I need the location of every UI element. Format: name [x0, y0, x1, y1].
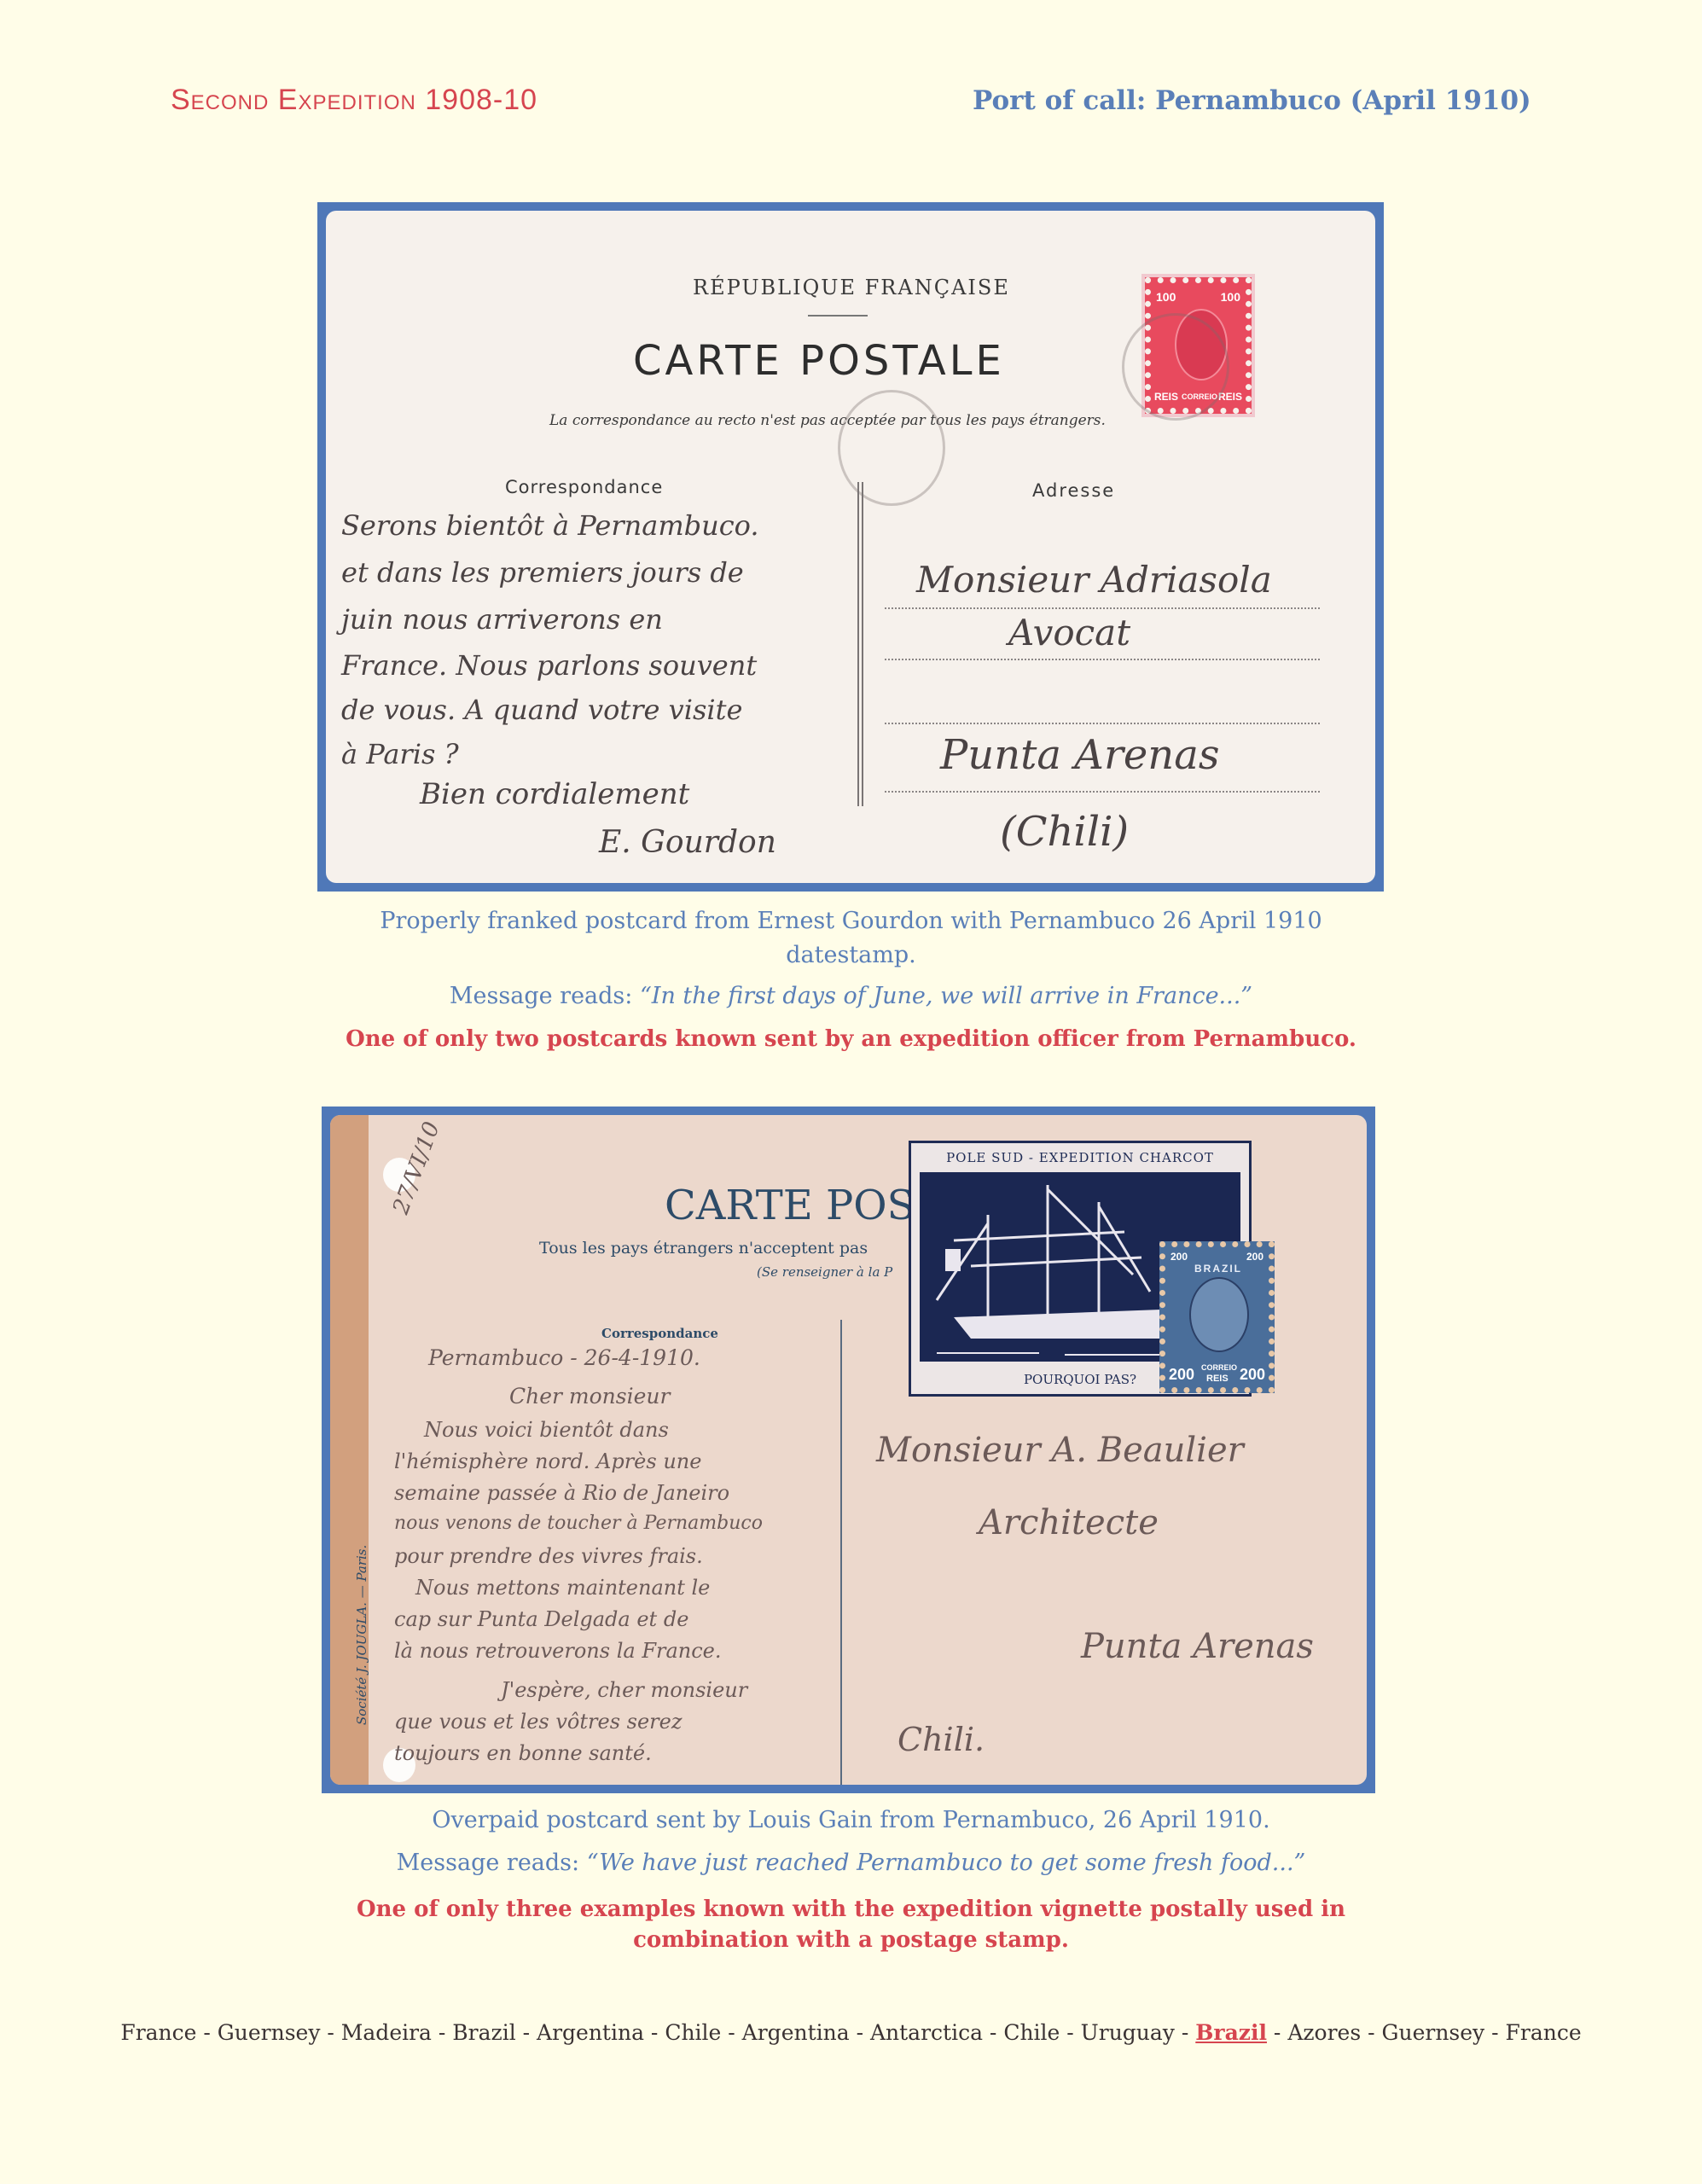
message-line: toujours en bonne santé. [394, 1741, 652, 1765]
brazil-200-reis-stamp: 200 200 BRAZIL 200 200 REIS CORREIO [1159, 1241, 1275, 1393]
adresse-label: Adresse [1032, 480, 1115, 501]
message-line: Serons bientôt à Pernambuco. [341, 509, 759, 542]
message-line: Nous mettons maintenant le [415, 1576, 710, 1600]
signature: E. Gourdon [599, 825, 776, 860]
foreign-notice-2: (Se renseigner à la P [757, 1264, 892, 1280]
postcard-1-highlight: One of only two postcards known sent by … [0, 1026, 1702, 1052]
postcard-1: RÉPUBLIQUE FRANÇAISE CARTE POSTALE La co… [326, 211, 1375, 883]
message-line: juin nous arriverons en [341, 603, 663, 636]
message-line: Bien cordialement [420, 777, 689, 811]
correspondance-label: Correspondance [505, 477, 663, 497]
message-line: Nous voici bientôt dans [424, 1418, 669, 1442]
address-line: Avocat [1008, 612, 1130, 653]
center-divider [840, 1320, 842, 1785]
address-line: Punta Arenas [1081, 1627, 1314, 1666]
center-divider [857, 482, 859, 806]
transit-postmark [838, 390, 945, 506]
message-line: que vous et les vôtres serez [394, 1710, 682, 1734]
address-line: Architecte [979, 1503, 1159, 1542]
postcard-2-highlight: One of only three examples known with th… [0, 1894, 1702, 1955]
carte-postale-title: CARTE POSTALE [633, 337, 1005, 385]
message-line: pour prendre des vivres frais. [394, 1544, 703, 1568]
address-line: Monsieur A. Beaulier [876, 1431, 1244, 1470]
message-line: et dans les premiers jours de [341, 556, 744, 589]
message-line: de vous. A quand votre visite [341, 694, 742, 726]
message-line: là nous retrouverons la France. [394, 1639, 721, 1663]
postcard-2: 27/VI/10 CARTE POS Tous les pays étrange… [330, 1115, 1367, 1785]
message-line: l'hémisphère nord. Après une [394, 1449, 701, 1473]
message-line: nous venons de toucher à Pernambuco [394, 1513, 763, 1534]
postcard-2-caption: Overpaid postcard sent by Louis Gain fro… [0, 1807, 1702, 1833]
postcard-1-message: Message reads: “In the first days of Jun… [0, 983, 1702, 1009]
postcard-2-message: Message reads: “We have just reached Per… [0, 1850, 1702, 1876]
message-line: cap sur Punta Delgada et de [394, 1607, 688, 1631]
portrait-icon [1189, 1277, 1249, 1352]
postcard-1-frame: RÉPUBLIQUE FRANÇAISE CARTE POSTALE La co… [317, 202, 1384, 892]
message-line: à Paris ? [341, 738, 459, 770]
foreign-notice: Tous les pays étrangers n'acceptent pas [539, 1239, 868, 1258]
republique-heading: RÉPUBLIQUE FRANÇAISE [693, 276, 1010, 299]
publisher-imprint: Société J. JOUGLA. — Paris. [354, 1545, 369, 1725]
pernambuco-postmark [1122, 313, 1229, 421]
carte-postale-title: CARTE POS [665, 1182, 915, 1229]
short-rule [808, 315, 868, 317]
current-port: Brazil [1195, 2020, 1267, 2045]
address-line: (Chili) [1000, 808, 1129, 856]
address-line: Punta Arenas [940, 731, 1219, 779]
page-title: Second Expedition 1908-10 [171, 84, 537, 117]
itinerary-footer: France - Guernsey - Madeira - Brazil - A… [0, 2020, 1702, 2045]
correspondance-label: Correspondance [601, 1326, 718, 1341]
message-line: Pernambuco - 26-4-1910. [428, 1345, 700, 1370]
message-line: semaine passée à Rio de Janeiro [394, 1481, 729, 1505]
postcard-1-caption: Properly franked postcard from Ernest Go… [0, 904, 1702, 973]
message-line: J'espère, cher monsieur [501, 1678, 747, 1702]
address-line: Chili. [897, 1721, 985, 1758]
message-line: Cher monsieur [509, 1384, 670, 1409]
postcard-2-frame: 27/VI/10 CARTE POS Tous les pays étrange… [322, 1107, 1375, 1793]
foreign-notice: La correspondance au recto n'est pas acc… [549, 412, 1106, 429]
message-line: France. Nous parlons souvent [341, 649, 757, 682]
port-of-call-heading: Port of call: Pernambuco (April 1910) [973, 85, 1531, 116]
address-line: Monsieur Adriasola [916, 559, 1272, 601]
